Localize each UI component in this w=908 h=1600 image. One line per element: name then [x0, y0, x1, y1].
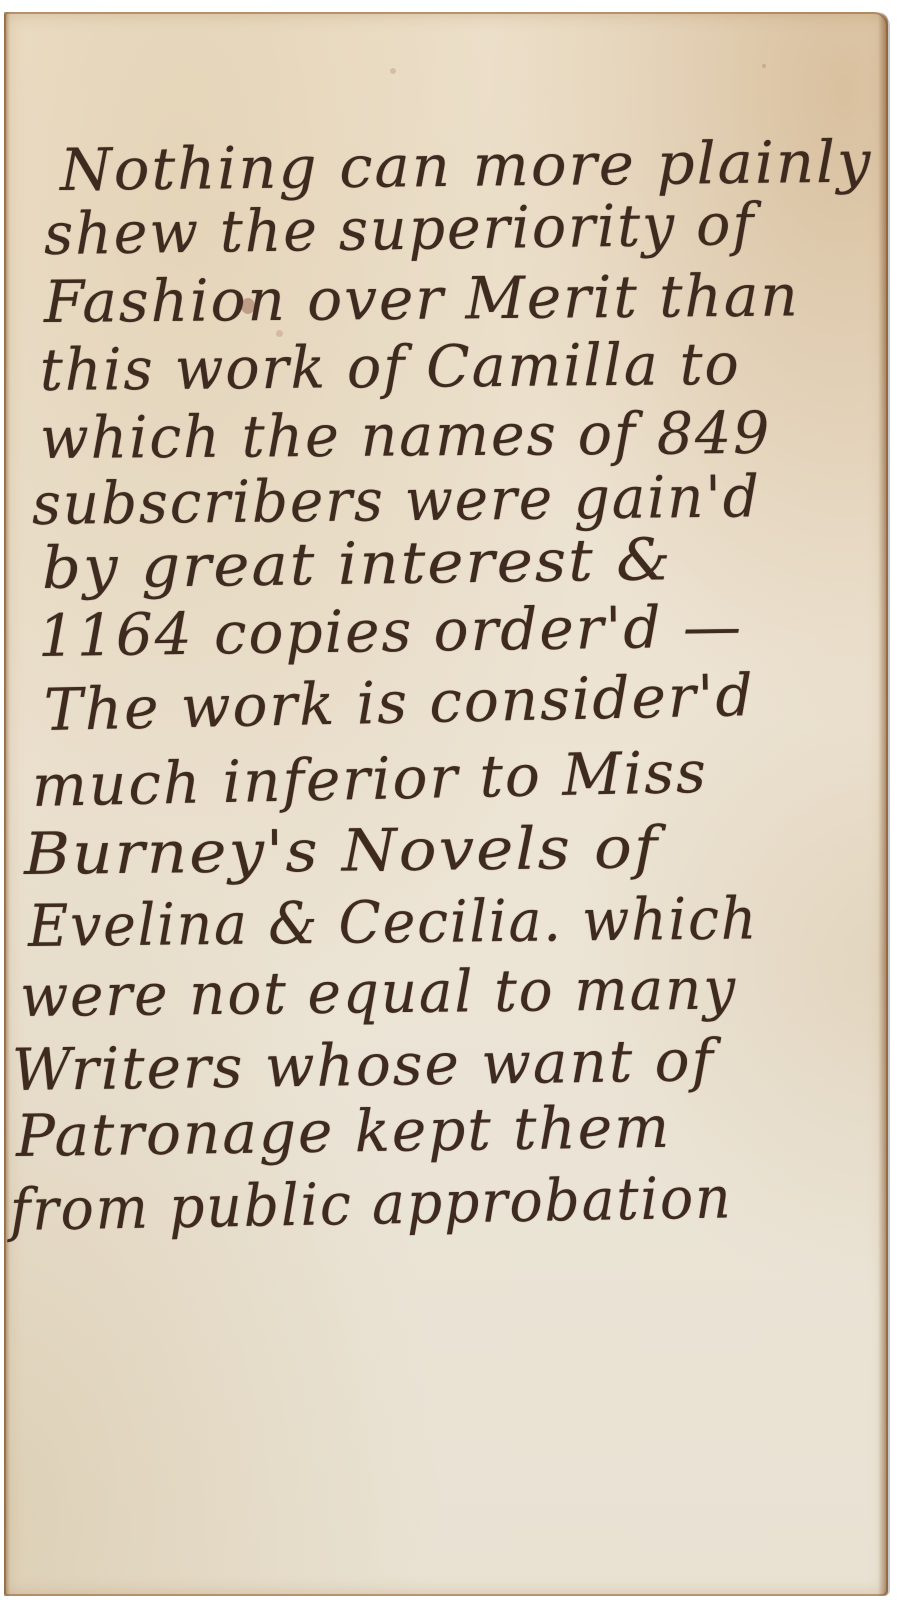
manuscript-line: Burney's Novels of	[24, 813, 660, 888]
manuscript-line: this work of Camilla to	[40, 330, 741, 404]
manuscript-line: 1164 copies order'd —	[38, 592, 744, 670]
manuscript-line: Writers whose want of	[12, 1026, 716, 1104]
manuscript-page: Nothing can more plainly shew the superi…	[4, 12, 888, 1596]
manuscript-line: Patronage kept them	[16, 1093, 672, 1170]
manuscript-line: by great interest &	[42, 525, 673, 602]
handwritten-text: Nothing can more plainly shew the superi…	[4, 12, 888, 1596]
manuscript-line: The work is consider'd	[43, 661, 755, 744]
manuscript-line: were not equal to many	[20, 954, 738, 1030]
manuscript-line: which the names of 849	[40, 399, 772, 472]
manuscript-line: from public approbation	[9, 1163, 733, 1244]
manuscript-line: much inferior to Miss	[31, 738, 708, 820]
manuscript-line: shew the superiority of	[44, 190, 756, 268]
manuscript-line: Fashion over Merit than	[44, 261, 800, 336]
manuscript-line: Evelina & Cecilia. which	[28, 884, 759, 960]
